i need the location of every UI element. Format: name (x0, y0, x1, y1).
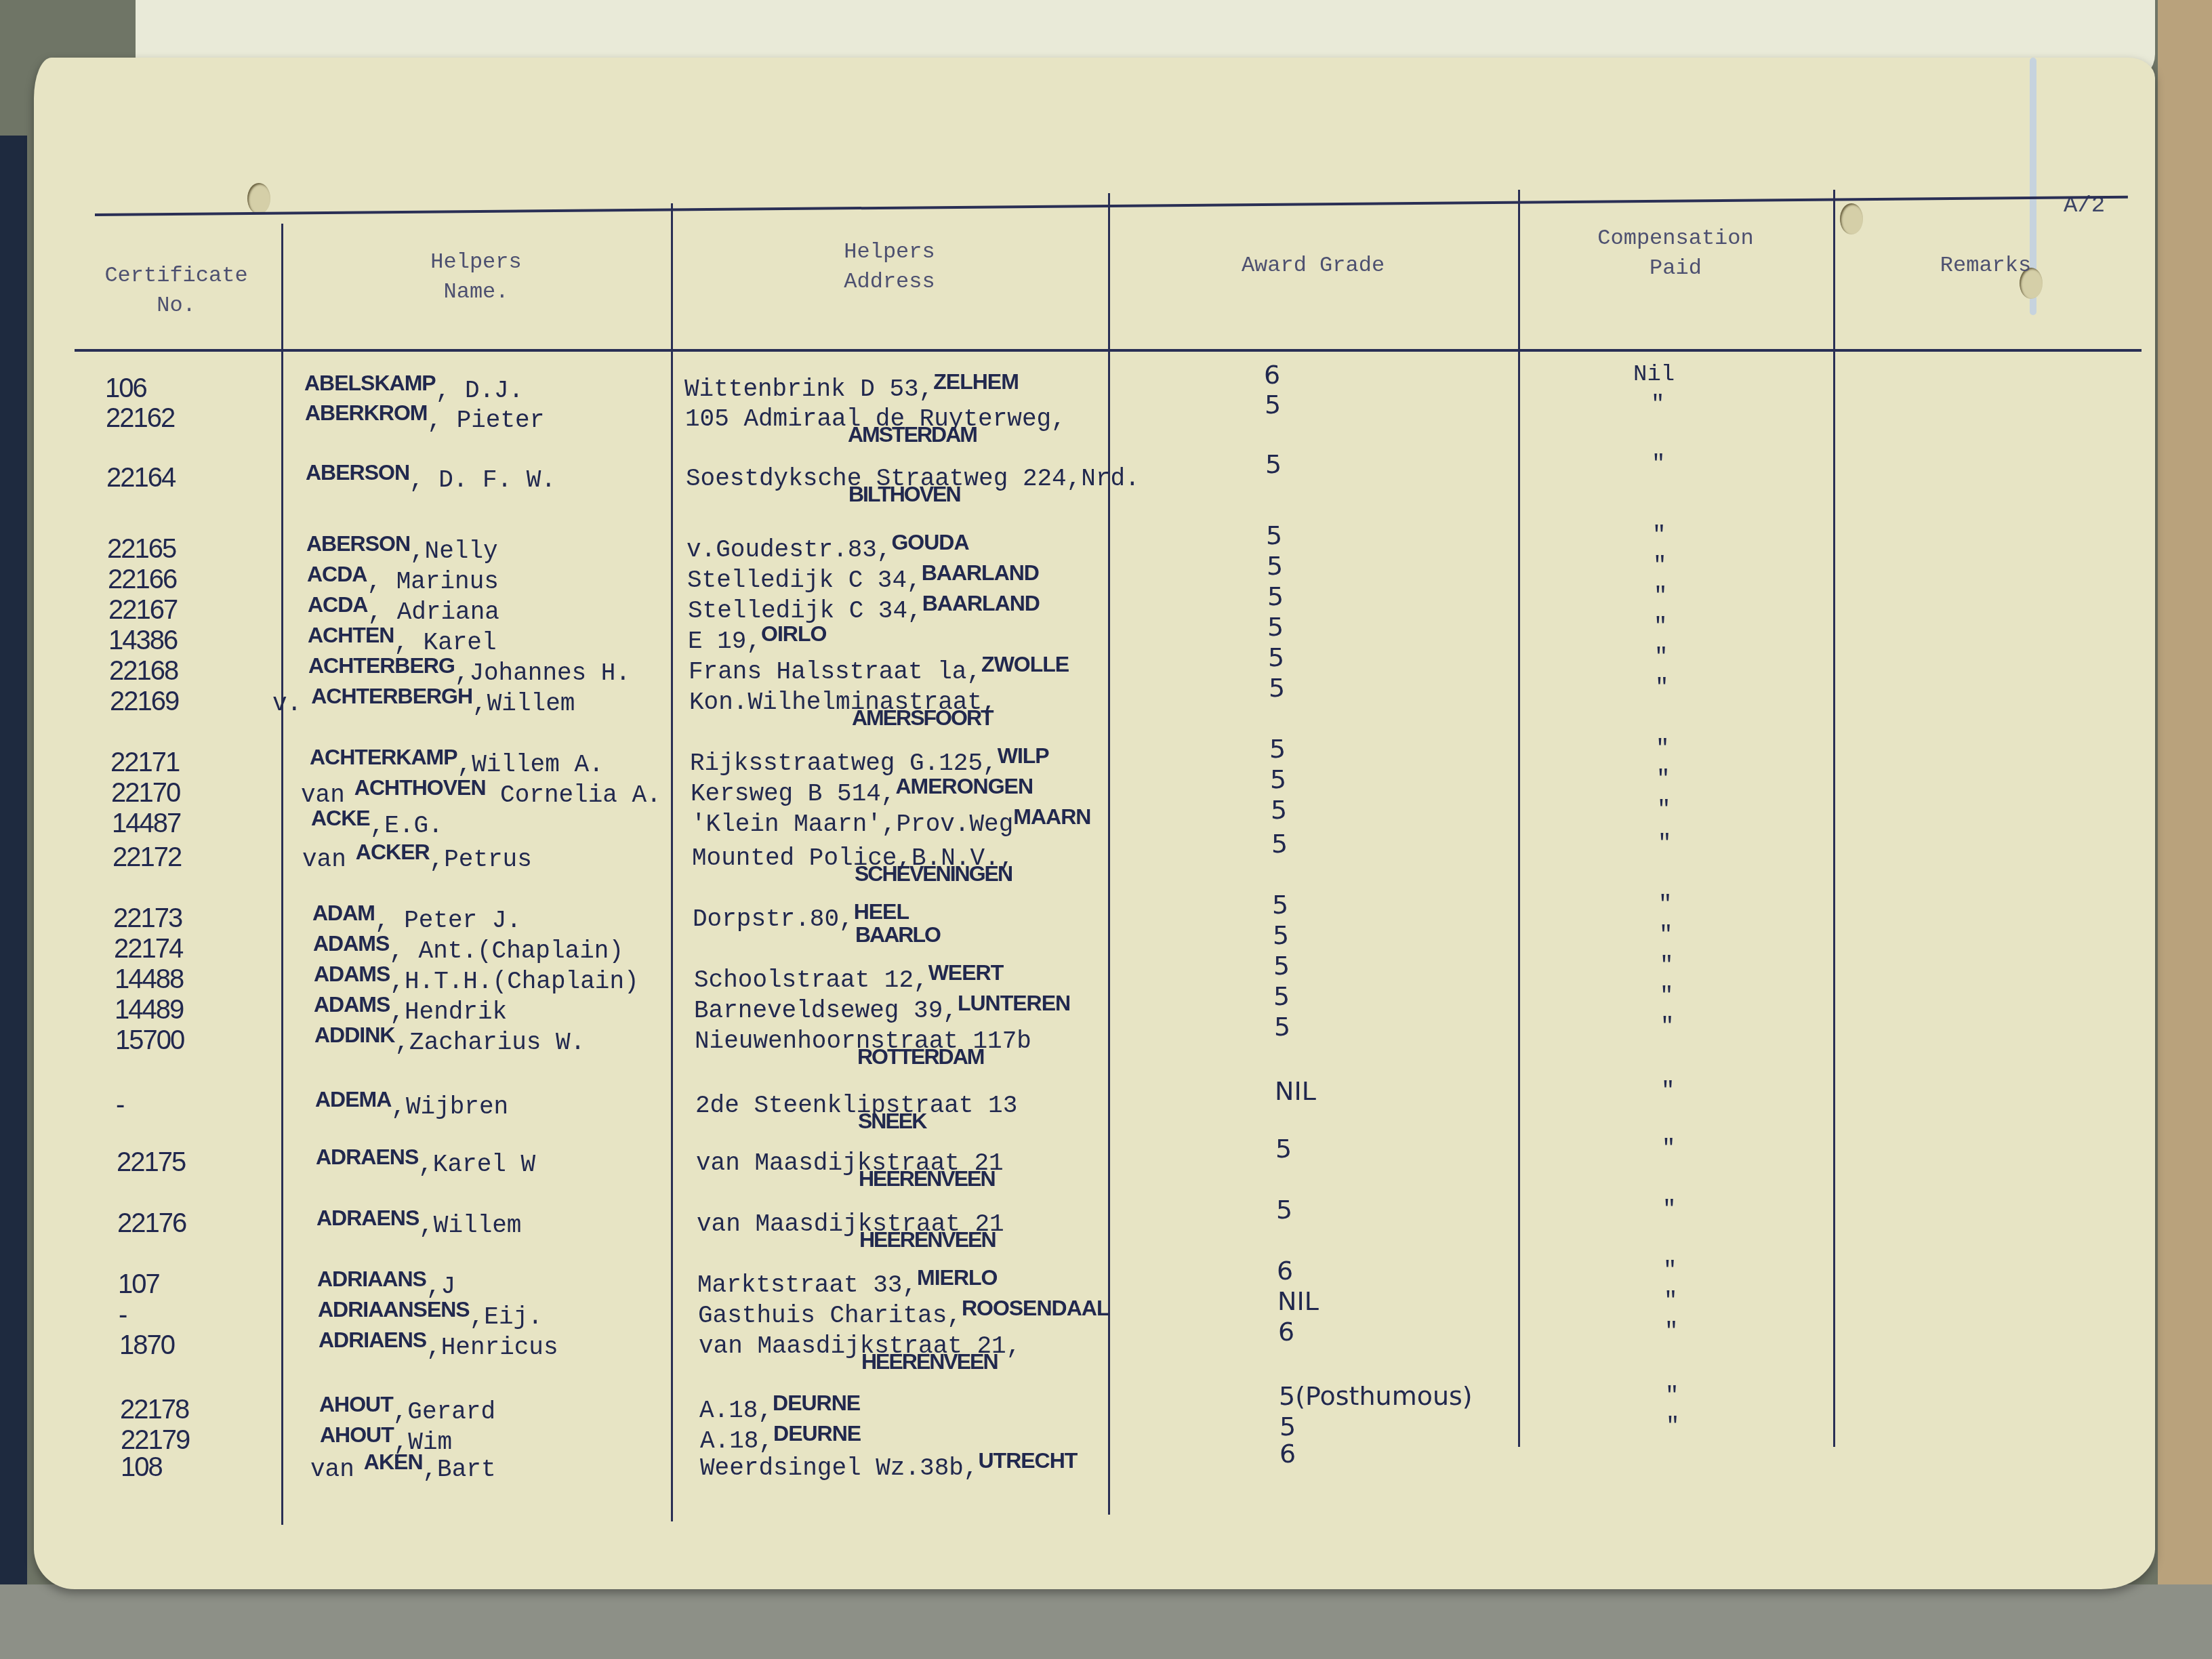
certificate-number: 22166 (108, 566, 176, 593)
town-inline: BAARLAND (922, 591, 1040, 615)
town-below: SCHEVENINGEN (855, 861, 1012, 886)
town-below: AMSTERDAM (848, 422, 977, 447)
surname: ADDINK (314, 1023, 394, 1047)
surname: ACHTERBERGH (311, 684, 472, 708)
surname: ACDA (307, 562, 367, 586)
town-below: ROTTERDAM (857, 1044, 983, 1069)
certificate-number: 14489 (115, 996, 183, 1023)
certificate-number: 22175 (117, 1149, 185, 1176)
compensation-paid: " (1658, 891, 1672, 918)
award-grade: NIL (1275, 1078, 1316, 1105)
certificate-number: 22172 (112, 844, 181, 871)
certificate-number: 22174 (114, 935, 182, 962)
certificate-number: 22165 (107, 535, 176, 562)
name-prefix: v. (272, 690, 302, 718)
punch-hole-left (247, 183, 270, 214)
background-binder-edge (0, 136, 27, 1659)
helper-name: ADRIAENS,Henricus (309, 1326, 558, 1361)
given-name: ,Bart (422, 1456, 495, 1483)
given-name: ,Zacharius W. (394, 1029, 585, 1057)
award-grade: 5 (1276, 1196, 1292, 1223)
surname: ACKER (356, 840, 430, 864)
compensation-paid: " (1656, 735, 1669, 762)
town-below: HEERENVEEN (859, 1166, 995, 1191)
town-inline: DEURNE (773, 1421, 861, 1446)
document-page: A/2 Certificate No. Helpers Name. Helper… (34, 58, 2155, 1589)
compensation-paid: " (1662, 1196, 1676, 1223)
punch-hole-middle (1840, 203, 1863, 234)
award-grade: 5 (1271, 796, 1287, 823)
surname: ADEMA (315, 1087, 391, 1111)
given-name: ,Willem (419, 1212, 521, 1240)
certificate-number: 22167 (108, 596, 177, 623)
town-inline: ROOSENDAAL (962, 1296, 1109, 1320)
award-grade: 5 (1273, 952, 1290, 979)
certificate-number: 15700 (115, 1027, 184, 1054)
surname: ACHTHOVEN (354, 775, 486, 800)
compensation-paid: " (1654, 644, 1668, 671)
name-prefix: van (310, 1456, 354, 1483)
column-header-compensation: Compensation Paid (1521, 224, 1830, 283)
certificate-number: 14487 (112, 810, 180, 837)
helper-name: ADRAENS,Karel W (306, 1143, 535, 1179)
column-divider-2 (671, 203, 673, 1521)
helper-name: ABERSON, D. F. W. (296, 459, 556, 494)
town-inline: AMERONGEN (895, 774, 1033, 798)
certificate-number: 106 (105, 375, 146, 402)
street-address: Dorpstr.80, (693, 905, 854, 933)
town-inline: LUNTEREN (958, 991, 1070, 1015)
column-header-address: Helpers Address (674, 237, 1105, 297)
helper-name: vanACKER,Petrus (302, 838, 532, 874)
given-name: , Pieter (427, 407, 544, 434)
column-header-name: Helpers Name. (285, 247, 668, 307)
award-grade: 5 (1265, 451, 1282, 478)
compensation-paid: " (1663, 1257, 1677, 1284)
town-inline: DEURNE (773, 1391, 860, 1415)
compensation-paid: " (1656, 766, 1670, 793)
column-divider-5 (1833, 190, 1835, 1447)
compensation-paid: " (1652, 522, 1666, 549)
award-grade: 5 (1267, 583, 1284, 610)
town-inline: MAARN (1013, 804, 1090, 829)
town-below: BILTHOVEN (848, 482, 960, 507)
helper-name: ADRAENS,Willem (307, 1204, 521, 1240)
given-name: Cornelia A. (485, 781, 661, 809)
surname: ABERKROM (305, 401, 427, 425)
helper-address: 'Klein Maarn',Prov.WegMAARN (691, 803, 1090, 838)
surname: ACHTERKAMP (310, 745, 457, 769)
certificate-number: 108 (121, 1454, 162, 1481)
helper-address: Weerdsingel Wz.38b,UTRECHT (700, 1447, 1077, 1482)
town-inline: MIERLO (917, 1265, 997, 1290)
surname: ADRAENS (316, 1145, 418, 1169)
header-top-rule (95, 196, 2128, 216)
town-inline: UTRECHT (978, 1448, 1077, 1473)
helper-name: v.ACHTERBERGH,Willem (300, 682, 575, 718)
compensation-paid: " (1660, 1013, 1674, 1040)
surname: AKEN (364, 1450, 423, 1474)
town-inline: GOUDA (891, 530, 968, 554)
background-folder-edge (2158, 0, 2212, 1659)
award-grade: 5 (1265, 391, 1281, 418)
award-grade: 6 (1279, 1440, 1296, 1467)
helper-name: ACKE,E.G. (302, 804, 443, 840)
town-below: HEERENVEEN (859, 1227, 996, 1252)
compensation-paid: " (1664, 1288, 1677, 1315)
award-grade: 6 (1277, 1257, 1293, 1284)
compensation-paid: " (1660, 983, 1673, 1010)
compensation-paid: " (1657, 796, 1671, 823)
column-header-remarks: Remarks (1837, 251, 2135, 281)
helper-name: ADEMA,Wijbren (306, 1086, 508, 1121)
compensation-paid: " (1664, 1318, 1678, 1345)
award-grade: 5 (1274, 1013, 1290, 1040)
compensation-paid: " (1665, 1382, 1679, 1410)
surname: ADAMS (313, 931, 389, 956)
town-inline: WEERT (928, 960, 1004, 985)
award-grade: 5 (1267, 552, 1283, 579)
given-name: , D. F. W. (409, 466, 556, 494)
certificate-number: 22178 (120, 1396, 188, 1423)
helper-name: vanAKEN,Bart (310, 1448, 496, 1483)
surname: AHOUT (319, 1392, 393, 1416)
column-divider-1 (281, 224, 283, 1525)
certificate-number: 22170 (111, 779, 180, 806)
certificate-number: 22162 (106, 405, 174, 432)
helper-name: ABERKROM, Pieter (295, 399, 544, 434)
award-grade: 5 (1269, 735, 1286, 762)
compensation-paid: " (1661, 1078, 1675, 1105)
surname: ADAMS (314, 992, 390, 1017)
town-below: HEERENVEEN (861, 1349, 998, 1374)
award-grade: 5 (1273, 983, 1290, 1010)
award-grade: 5 (1270, 766, 1286, 793)
town-inline: ZELHEM (933, 369, 1019, 394)
given-name: ,E.G. (370, 812, 443, 840)
surname: ADAMS (314, 962, 390, 986)
surname: ACHTERBERG (308, 653, 455, 678)
column-header-award-grade: Award Grade (1111, 251, 1515, 281)
award-grade: 5 (1272, 891, 1288, 918)
certificate-number: 22169 (110, 688, 178, 715)
column-divider-4 (1518, 190, 1520, 1447)
town-below: SNEEK (858, 1109, 926, 1134)
compensation-paid: Nil (1633, 361, 1675, 388)
town-inline: ZWOLLE (981, 652, 1069, 676)
award-grade: 6 (1264, 361, 1280, 388)
certificate-number: 22179 (121, 1427, 189, 1454)
certificate-number: - (119, 1301, 126, 1328)
given-name: ,Karel W (418, 1151, 535, 1179)
compensation-paid: " (1658, 830, 1671, 857)
street-address: Weerdsingel Wz.38b, (700, 1454, 978, 1482)
compensation-paid: " (1654, 583, 1667, 610)
certificate-number: 22168 (109, 657, 178, 684)
surname: AHOUT (320, 1422, 394, 1447)
award-grade: 5 (1269, 674, 1285, 701)
surname: ABELSKAMP (304, 371, 436, 395)
helper-name: ADDINK,Zacharius W. (305, 1021, 585, 1057)
background-desk (0, 1584, 2212, 1659)
column-header-certificate: Certificate No. (81, 261, 271, 321)
certificate-number: 22173 (113, 905, 182, 932)
certificate-number: 22164 (106, 464, 175, 491)
compensation-paid: " (1660, 952, 1673, 979)
award-grade: NIL (1277, 1288, 1319, 1315)
certificate-number: 14488 (115, 966, 183, 993)
certificate-number: 22171 (110, 749, 179, 776)
award-grade: 5 (1266, 522, 1282, 549)
given-name: ,Willem (472, 690, 575, 718)
certificate-number: 1870 (119, 1332, 174, 1359)
compensation-paid: " (1652, 451, 1665, 478)
compensation-paid: " (1653, 552, 1666, 579)
town-inline: BAARLAND (922, 560, 1039, 585)
surname: ACHTEN (308, 623, 394, 647)
surname: ACKE (311, 806, 370, 830)
compensation-paid: " (1651, 391, 1664, 418)
surname: ABERSON (306, 460, 409, 485)
award-grade: 5 (1268, 644, 1284, 671)
award-grade: 5 (1275, 1135, 1292, 1162)
surname: ADRAENS (316, 1206, 419, 1230)
street-address: 2de Steenklipstraat 13 (695, 1092, 1017, 1120)
award-grade: 5(Posthumous) (1279, 1382, 1473, 1410)
compensation-paid: " (1662, 1135, 1675, 1162)
surname: ADRIAANSENS (318, 1297, 470, 1322)
award-grade: 5 (1273, 922, 1289, 949)
compensation-paid: " (1666, 1413, 1679, 1440)
certificate-number: 107 (118, 1271, 159, 1298)
surname: ACDA (308, 592, 367, 617)
compensation-paid: " (1655, 674, 1668, 701)
award-grade: 5 (1279, 1413, 1296, 1440)
compensation-paid: " (1654, 613, 1667, 640)
town-below: BAARLO (855, 922, 940, 947)
town-inline: WILP (998, 743, 1049, 768)
town-inline: OIRLO (761, 621, 826, 646)
surname: ABERSON (306, 531, 410, 556)
certificate-number: 14386 (108, 627, 177, 654)
given-name: ,Petrus (430, 846, 532, 874)
given-name: ,Henricus (426, 1334, 558, 1361)
helper-address: 2de Steenklipstraat 13 (695, 1084, 1017, 1120)
compensation-paid: " (1659, 922, 1673, 949)
award-grade: 6 (1278, 1318, 1294, 1345)
given-name: ,Wijbren (391, 1093, 508, 1121)
certificate-number: - (116, 1091, 123, 1118)
surname: ADAM (312, 901, 375, 925)
award-grade: 5 (1267, 613, 1284, 640)
surname: ADRIAANS (317, 1267, 426, 1291)
town-inline: HEEL (854, 899, 909, 924)
award-grade: 5 (1271, 830, 1288, 857)
street-address: 'Klein Maarn',Prov.Weg (691, 811, 1013, 838)
name-prefix: van (302, 846, 346, 874)
certificate-number: 22176 (117, 1210, 186, 1237)
town-below: AMERSFOORT (852, 705, 993, 731)
surname: ADRIAENS (319, 1328, 426, 1352)
